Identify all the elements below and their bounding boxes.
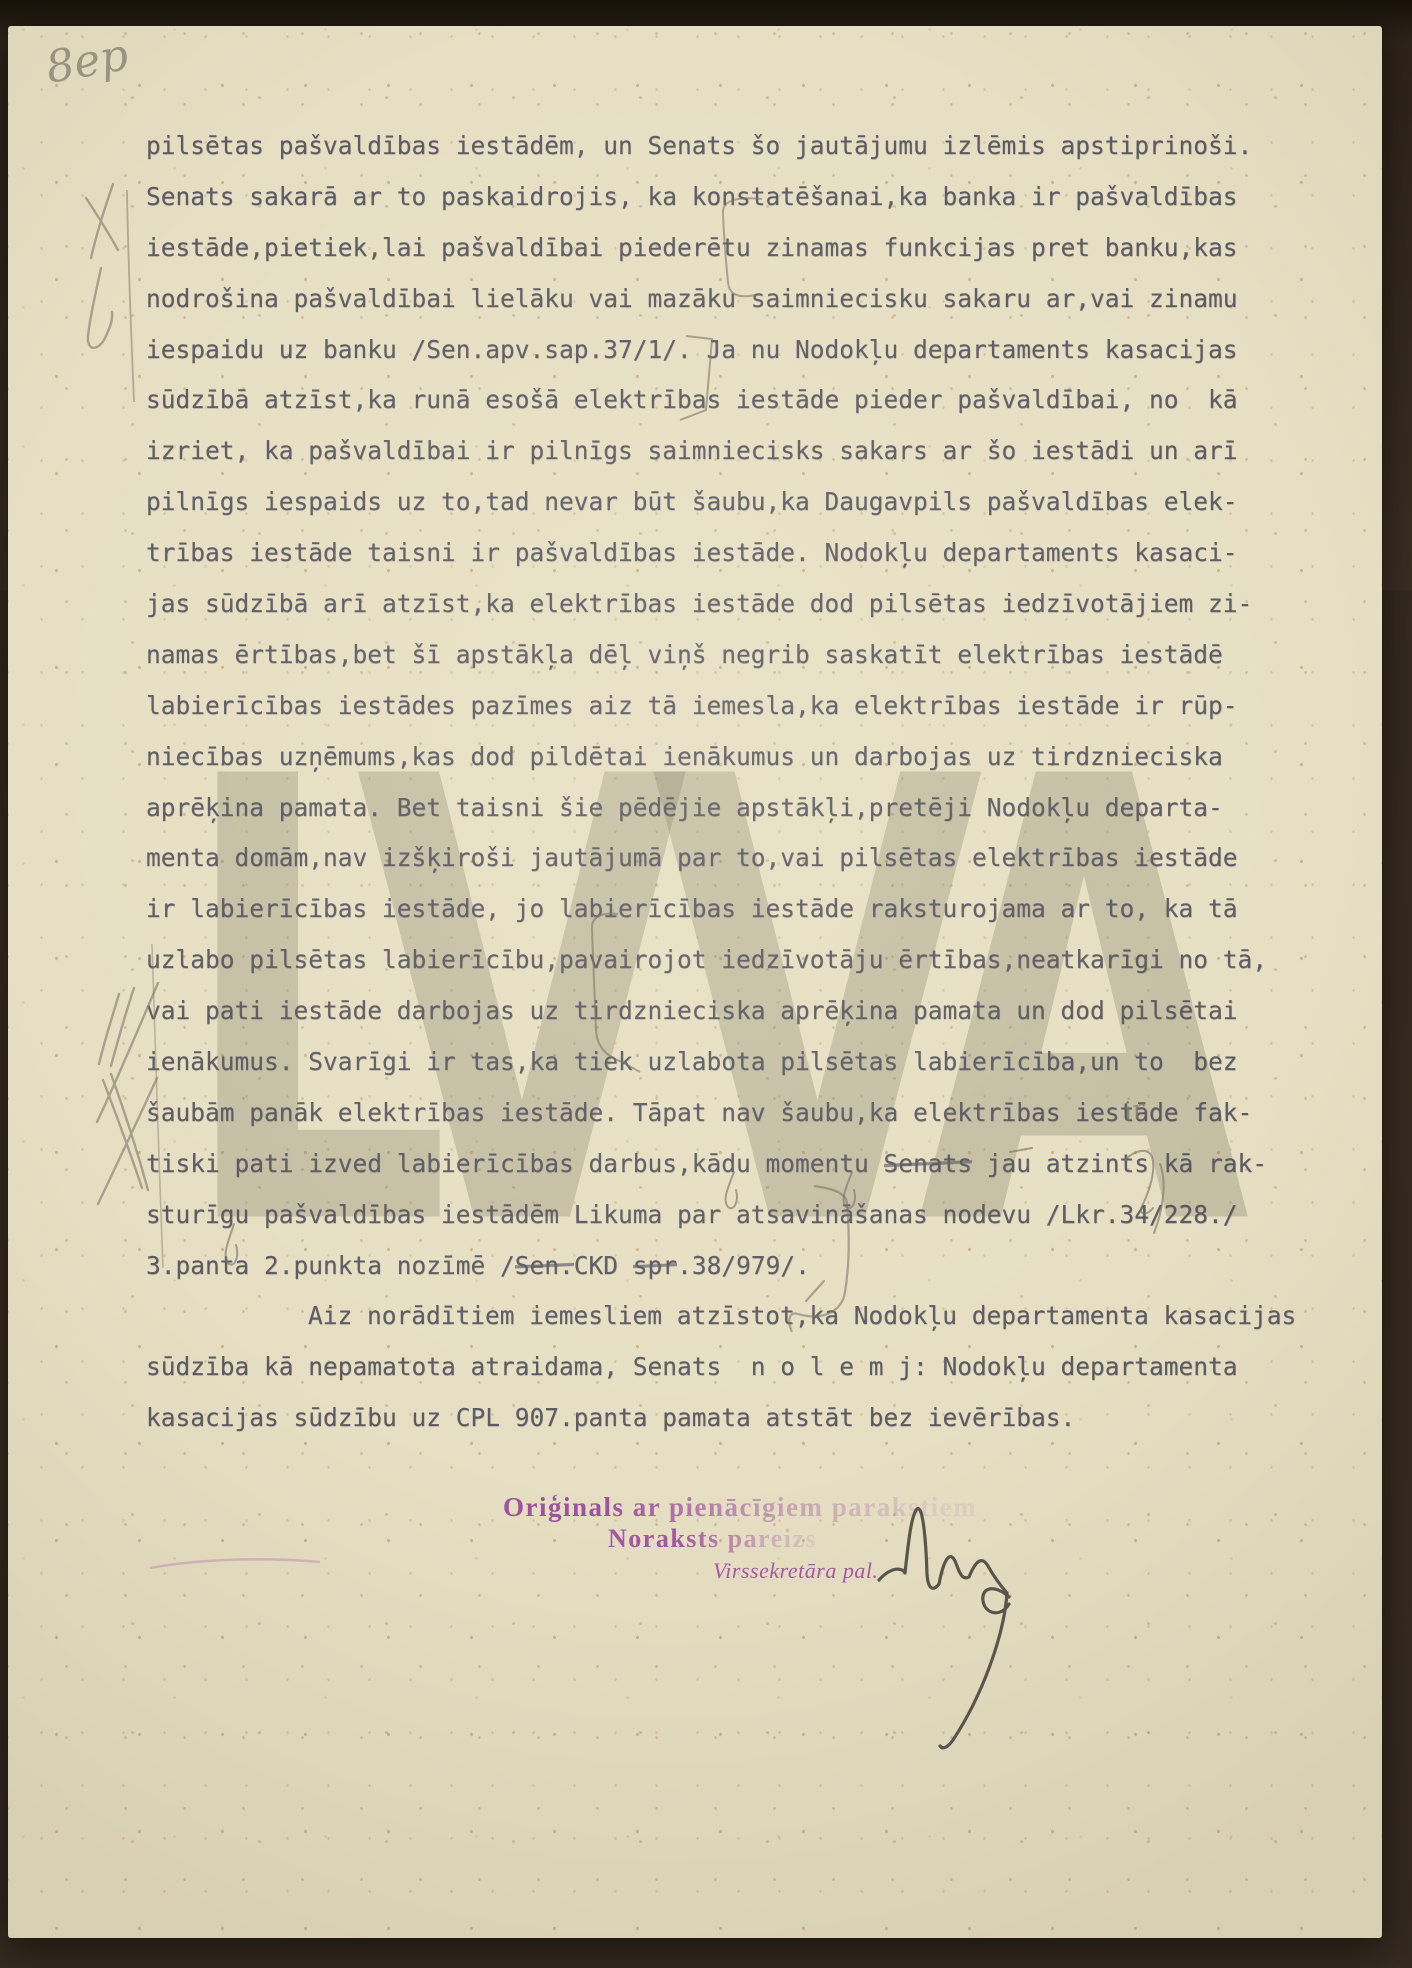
typed-line: iespaidu uz banku /Sen.apv.sap.37/1/. Ja… [146, 325, 1326, 376]
typed-line: ienākumus. Svarīgi ir tas,ka tiek uzlabo… [146, 1037, 1326, 1088]
typed-segment-strike: Senats [884, 1149, 973, 1178]
typed-segment: sūdzībā atzīst,ka runā esošā elektrības … [146, 385, 1238, 414]
typed-segment: menta domām,nav izšķiroši jautājumā par … [146, 843, 1238, 872]
typed-line: izriet, ka pašvaldībai ir pilnīgs saimni… [146, 426, 1326, 477]
typed-line: jas sūdzībā arī atzīst,ka elektrības ies… [146, 579, 1326, 630]
typed-segment: tiski pati izved labierīcības darbus,kād… [146, 1149, 884, 1178]
typed-segment: kā rak- [1149, 1149, 1267, 1178]
typed-line: uzlabo pilsētas labierīcību,pavairojot i… [146, 935, 1326, 986]
typed-segment: CKD [574, 1251, 633, 1280]
typed-text: pilsētas pašvaldības iestādēm, un Senats… [146, 121, 1326, 1444]
typed-segment: iestāde,pietiek,lai pašvaldībai piederēt… [146, 233, 1238, 262]
typed-line: niecības uzņēmums,kas dod pildētai ienāk… [146, 732, 1326, 783]
typed-segment: aprēķina pamata. Bet taisni šie pēdējie … [146, 793, 1223, 822]
typed-segment: uzlabo pilsētas labierīcību,pavairojot i… [146, 945, 1267, 974]
typed-segment: .38/979/. [677, 1251, 810, 1280]
typed-line: pilsētas pašvaldības iestādēm, un Senats… [146, 121, 1326, 172]
typed-segment: Senats sakarā ar to paskaidrojis, ka kon… [146, 182, 1238, 211]
stamp-virssekretara-line: Virssekretāra pal. [713, 1558, 878, 1584]
typed-segment: izriet, ka pašvaldībai ir pilnīgs saimni… [146, 436, 1238, 465]
typed-line: 3.panta 2.punkta nozīmē /Sen.CKD spr.38/… [146, 1241, 1326, 1292]
typed-segment: sturīgu pašvaldības iestādēm Likuma par … [146, 1200, 1238, 1229]
typed-segment: jau atzints [972, 1149, 1149, 1178]
typed-segment: nodrošina pašvaldībai lielāku vai mazāku… [146, 284, 1238, 313]
typed-line: Senats sakarā ar to paskaidrojis, ka kon… [146, 172, 1326, 223]
typed-segment: namas ērtības,bet šī apstākļa dēļ viņš n… [146, 640, 1223, 669]
typed-segment: šaubām panāk elektrības iestāde. Tāpat n… [146, 1098, 1252, 1127]
typed-segment: 3.panta 2.punkta nozīmē / [146, 1251, 515, 1280]
typed-segment: iespaidu uz banku /Sen.apv.sap.37/1/. Ja… [146, 335, 1238, 364]
typed-line: menta domām,nav izšķiroši jautājumā par … [146, 833, 1326, 884]
typed-line: sturīgu pašvaldības iestādēm Likuma par … [146, 1190, 1326, 1241]
typed-line: Aiz norādītiem iemesliem atzīstot,ka Nod… [146, 1291, 1326, 1342]
typed-segment: niecības uzņēmums,kas dod pildētai ienāk… [146, 742, 1223, 771]
typed-line: sūdzība kā nepamatota atraidama, Senats … [146, 1342, 1326, 1393]
typed-line: ir labierīcības iestāde, jo labierīcības… [146, 884, 1326, 935]
page-root: { "page": { "corner_note": "8ep", "water… [0, 0, 1412, 1968]
typed-line: sūdzībā atzīst,ka runā esošā elektrības … [146, 375, 1326, 426]
typed-segment: jas sūdzībā arī atzīst,ka elektrības ies… [146, 589, 1252, 618]
typed-segment: trības iestāde taisni ir pašvaldības ies… [146, 538, 1238, 567]
typed-segment: vai pati iestāde darbojas uz tirdzniecis… [146, 996, 1238, 1025]
typed-segment: pilnīgs iespaids uz to,tad nevar būt šau… [146, 487, 1238, 516]
typed-line: namas ērtības,bet šī apstākļa dēļ viņš n… [146, 630, 1326, 681]
typed-segment: labierīcības iestādes pazīmes aiz tā iem… [146, 691, 1238, 720]
stamp-originals-line: Oriģinals ar pienācīgiem parakstiem [503, 1492, 977, 1523]
typed-line: pilnīgs iespaids uz to,tad nevar būt šau… [146, 477, 1326, 528]
typed-segment-strike: spr [633, 1251, 677, 1280]
typed-line: trības iestāde taisni ir pašvaldības ies… [146, 528, 1326, 579]
stamp-noraksts-line: Noraksts pareizs [608, 1524, 817, 1554]
typed-segment: pilsētas pašvaldības iestādēm, un Senats… [146, 131, 1252, 160]
typed-line: kasacijas sūdzību uz CPL 907.panta pamat… [146, 1393, 1326, 1444]
typed-line: aprēķina pamata. Bet taisni šie pēdējie … [146, 783, 1326, 834]
typed-line: labierīcības iestādes pazīmes aiz tā iem… [146, 681, 1326, 732]
typed-line: šaubām panāk elektrības iestāde. Tāpat n… [146, 1088, 1326, 1139]
typed-line: nodrošina pašvaldībai lielāku vai mazāku… [146, 274, 1326, 325]
typed-segment-strike: Sen. [515, 1251, 574, 1280]
typed-segment: ir labierīcības iestāde, jo labierīcības… [146, 894, 1238, 923]
typed-segment: kasacijas sūdzību uz CPL 907.panta pamat… [146, 1403, 1075, 1432]
typed-line: vai pati iestāde darbojas uz tirdzniecis… [146, 986, 1326, 1037]
typed-segment: sūdzība kā nepamatota atraidama, Senats … [146, 1352, 1238, 1381]
typed-line: iestāde,pietiek,lai pašvaldībai piederēt… [146, 223, 1326, 274]
typed-segment: ienākumus. Svarīgi ir tas,ka tiek uzlabo… [146, 1047, 1238, 1076]
typed-segment: Aiz norādītiem iemesliem atzīstot,ka Nod… [308, 1301, 1296, 1330]
typed-line: tiski pati izved labierīcības darbus,kād… [146, 1139, 1326, 1190]
